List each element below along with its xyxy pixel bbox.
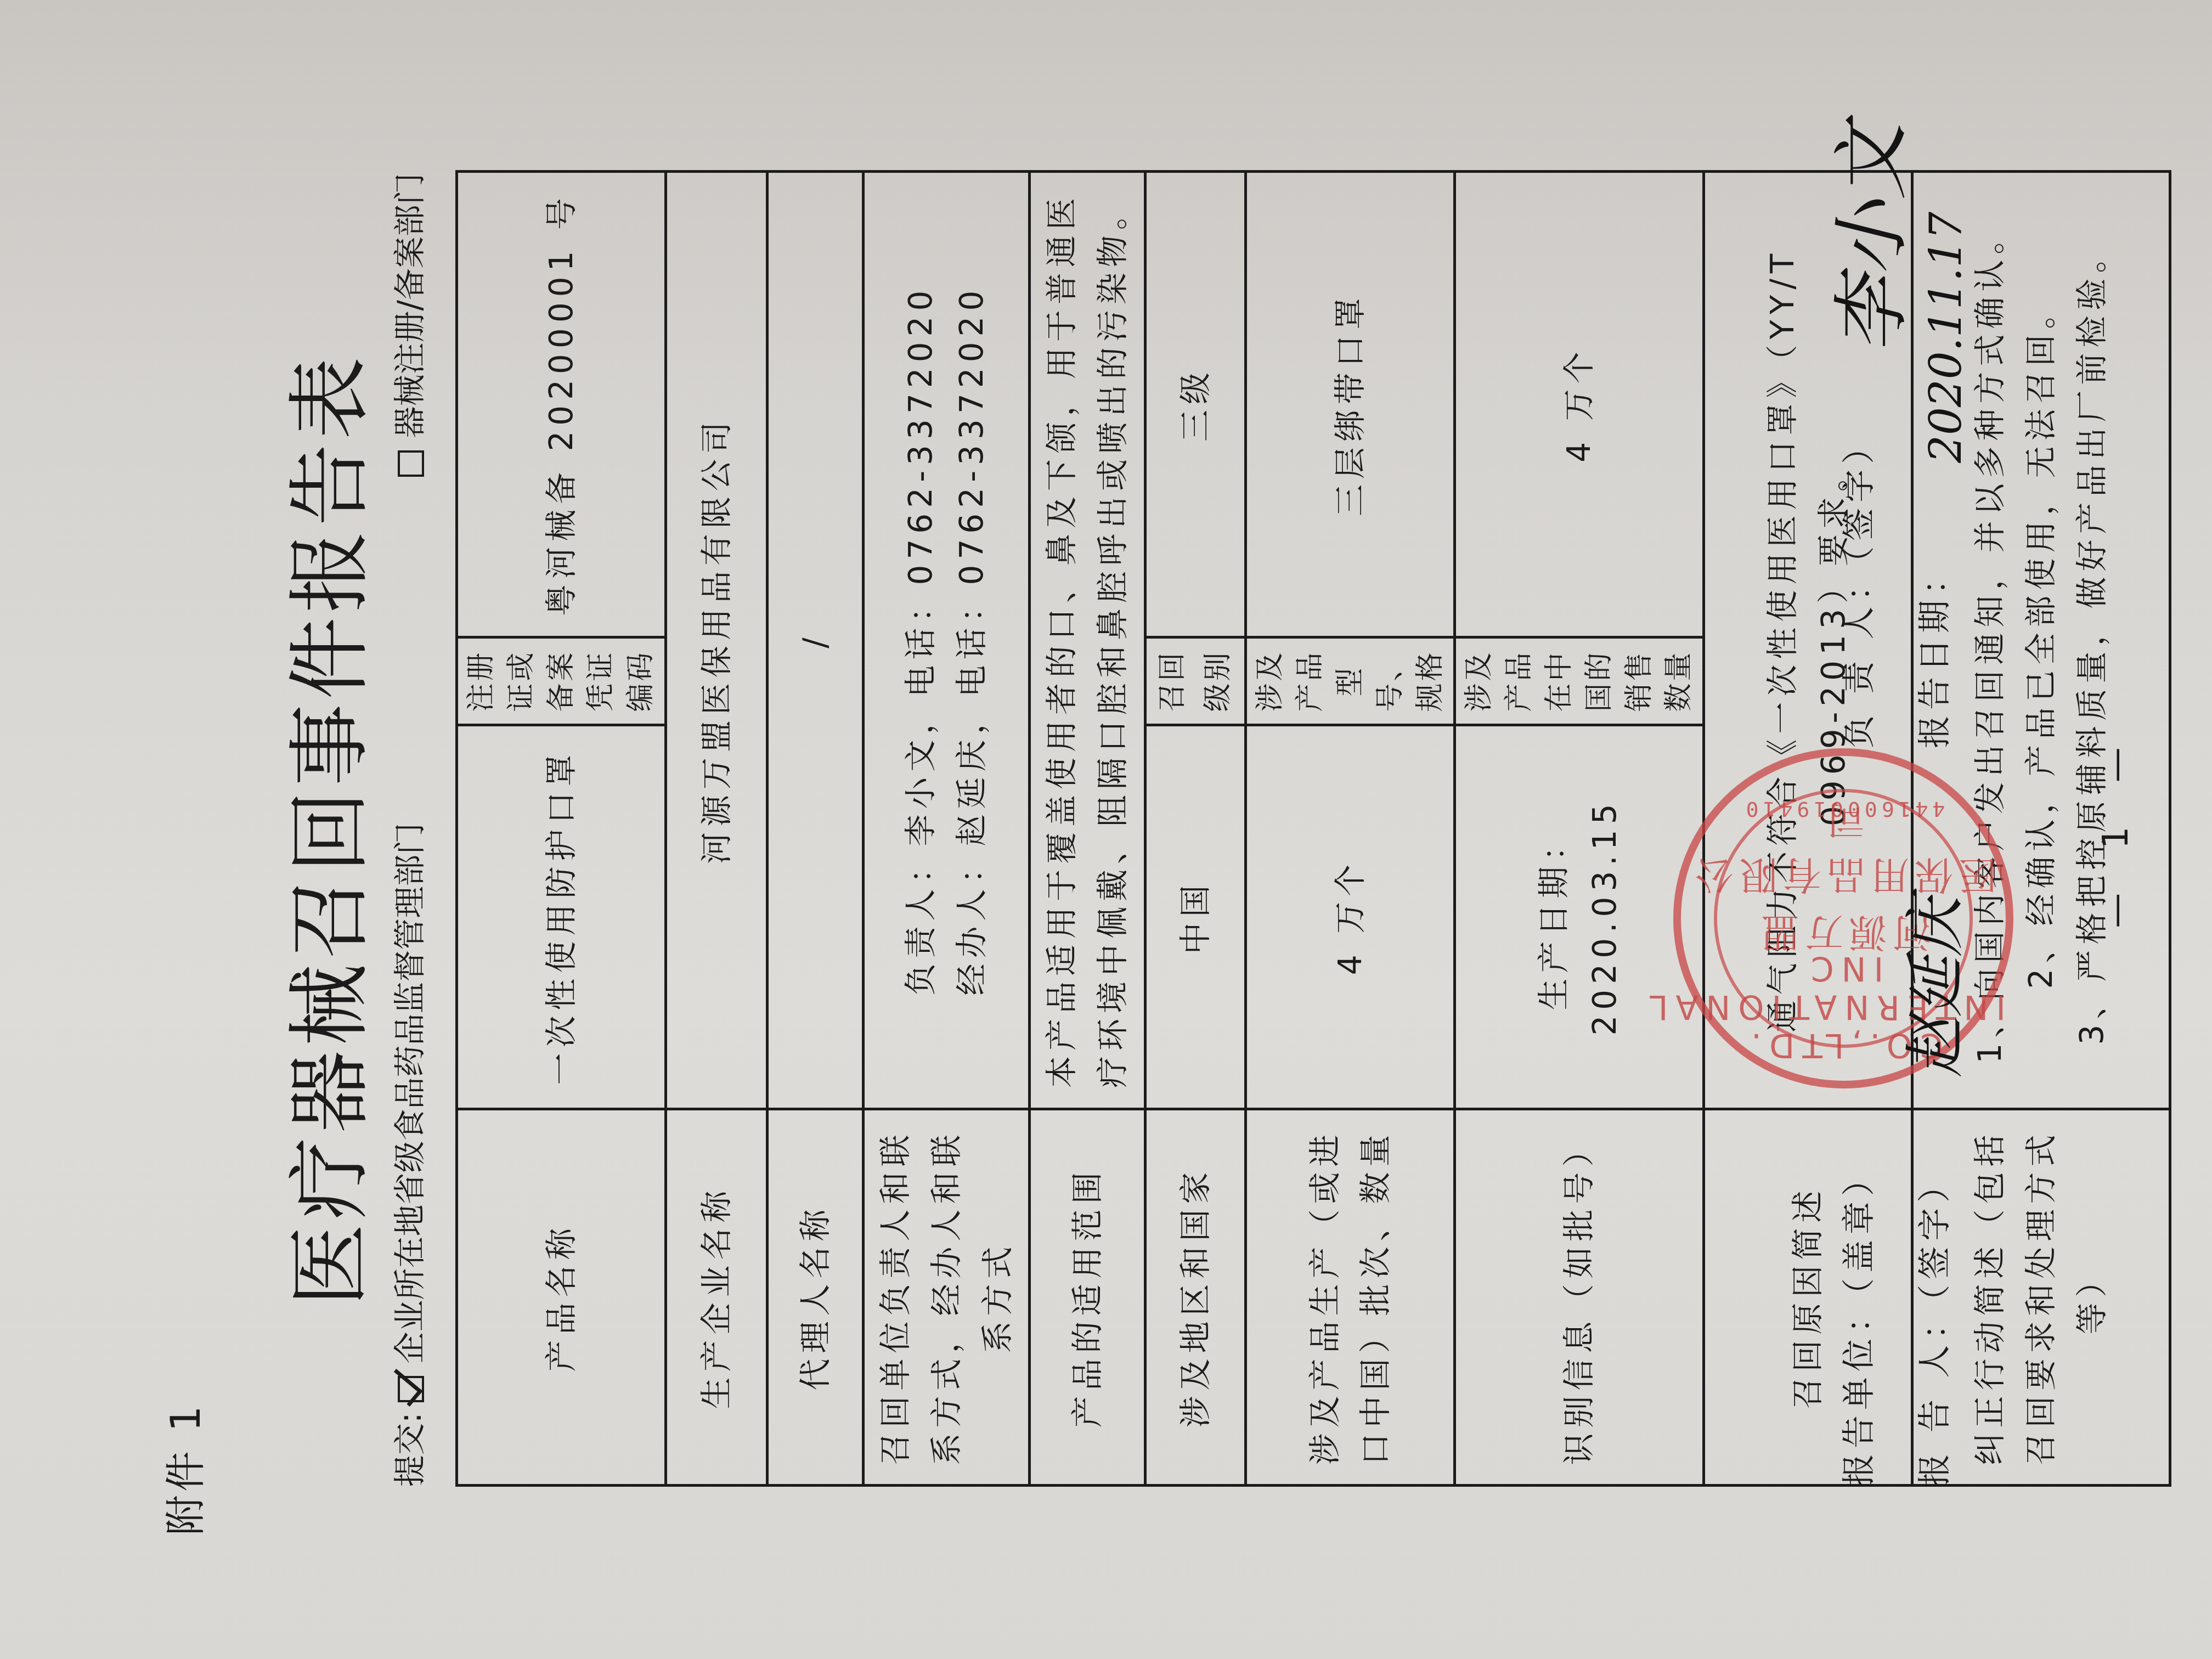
table-row: 涉及地区和国家 中国 召回级别 三级 <box>1145 172 1245 1486</box>
stamp-number: 441600019410 <box>1681 797 2006 821</box>
registration-label: 注册证或备案凭证编码 <box>457 637 666 725</box>
model-value: 三层绑带口罩 <box>1246 172 1455 637</box>
report-unit-note: （盖章） <box>1840 1158 1878 1295</box>
batch-label: 涉及产品生产（或进口中国）批次、数量 <box>1246 1109 1455 1486</box>
responsible-signature: 李小文 <box>1810 123 1921 353</box>
product-name-label: 产品名称 <box>457 1109 666 1486</box>
report-unit-label: 报告单位： <box>1840 1295 1878 1487</box>
ident-value: 生产日期：2020.03.15 <box>1455 725 1704 1109</box>
region-label: 涉及地区和国家 <box>1145 1109 1245 1486</box>
submit-label: 提交: <box>391 1412 428 1487</box>
product-name-value: 一次性使用防护口罩 <box>457 725 666 1109</box>
recall-level-value: 三级 <box>1145 172 1245 637</box>
model-label: 涉及产品型号、规格 <box>1246 637 1455 725</box>
checkbox-provincial-checked[interactable] <box>398 1376 424 1402</box>
contact-line-responsible: 负责人：李小文，电话：0762-3372020 <box>895 189 946 1091</box>
manufacturer-value: 河源万盟医保用品有限公司 <box>665 172 767 1109</box>
submit-option-registration: 器械注册/备案部门 <box>391 173 428 438</box>
report-date-label: 报告日期： <box>1916 556 1954 748</box>
contact-label: 召回单位负责人和联系方式，经办人和联系方式 <box>863 1109 1029 1486</box>
table-row: 识别信息（如批号） 生产日期：2020.03.15 涉及产品在中国的销售数量 4… <box>1455 172 1704 1486</box>
contact-value: 负责人：李小文，电话：0762-3372020 经办人：赵延庆，电话：0762-… <box>863 172 1029 1109</box>
table-row: 召回单位负责人和联系方式，经办人和联系方式 负责人：李小文，电话：0762-33… <box>863 172 1029 1486</box>
recall-level-label: 召回级别 <box>1145 637 1245 725</box>
batch-value: 4 万个 <box>1246 725 1455 1109</box>
reporter-label: 报 告 人： <box>1916 1301 1954 1487</box>
ident-label: 识别信息（如批号） <box>1455 1109 1704 1486</box>
registration-value: 粤河械备 20200001 号 <box>457 172 666 637</box>
form-title: 医疗器械召回事件报告表 <box>263 0 382 1659</box>
agent-label: 代理人名称 <box>767 1109 863 1486</box>
responsible-note: （签字） <box>1840 426 1878 563</box>
scope-label: 产品的适用范围 <box>1030 1109 1145 1486</box>
paper-sheet: 附件 1 医疗器械召回事件报告表 提交: 企业所在地省级食品药品监督管理部门 器… <box>0 0 2212 1659</box>
page-number: — 1 — <box>2096 0 2136 1659</box>
checkbox-registration-unchecked[interactable] <box>398 450 424 477</box>
table-row: 代理人名称 / <box>767 172 863 1486</box>
footer-right: 负 责 人：（签字） 报告日期： <box>1821 426 1973 748</box>
footer-left: 报告单位：（盖章） 报 告 人：（签字） <box>1821 1158 1973 1487</box>
reporter-signature: 赵延庆 <box>1887 896 1974 1077</box>
contact-line-handler: 经办人：赵延庆，电话：0762-3372020 <box>946 189 997 1091</box>
submit-option-registration-wrap: 器械注册/备案部门 <box>384 173 430 477</box>
sales-value: 4 万个 <box>1455 172 1704 637</box>
table-row: 产品名称 一次性使用防护口罩 注册证或备案凭证编码 粤河械备 20200001 … <box>457 172 666 1486</box>
annex-label: 附件 1 <box>154 1402 212 1536</box>
sales-label: 涉及产品在中国的销售数量 <box>1455 637 1704 725</box>
submit-to-row: 提交: 企业所在地省级食品药品监督管理部门 器械注册/备案部门 <box>384 173 430 1487</box>
manufacturer-label: 生产企业名称 <box>665 1109 767 1486</box>
table-row: 涉及产品生产（或进口中国）批次、数量 4 万个 涉及产品型号、规格 三层绑带口罩 <box>1246 172 1455 1486</box>
table-row: 产品的适用范围 本产品适用于覆盖使用者的口、鼻及下颌，用于普通医疗环境中佩戴、阻… <box>1030 172 1145 1486</box>
action-item: 2、经确认，产品已全部使用，无法召回。 <box>2016 189 2067 1091</box>
submit-option-provincial: 企业所在地省级食品药品监督管理部门 <box>391 823 428 1364</box>
rotated-photo-stage: 附件 1 医疗器械召回事件报告表 提交: 企业所在地省级食品药品监督管理部门 器… <box>0 0 2212 1659</box>
reporter-note: （签字） <box>1916 1164 1954 1301</box>
agent-value: / <box>767 172 863 1109</box>
responsible-label: 负 责 人： <box>1840 563 1878 748</box>
scope-value: 本产品适用于覆盖使用者的口、鼻及下颌，用于普通医疗环境中佩戴、阻隔口腔和鼻腔呼出… <box>1030 172 1145 1109</box>
table-row: 生产企业名称 河源万盟医保用品有限公司 <box>665 172 767 1486</box>
report-date-handwritten: 2020.11.17 <box>1920 212 1971 463</box>
region-value: 中国 <box>1145 725 1245 1109</box>
